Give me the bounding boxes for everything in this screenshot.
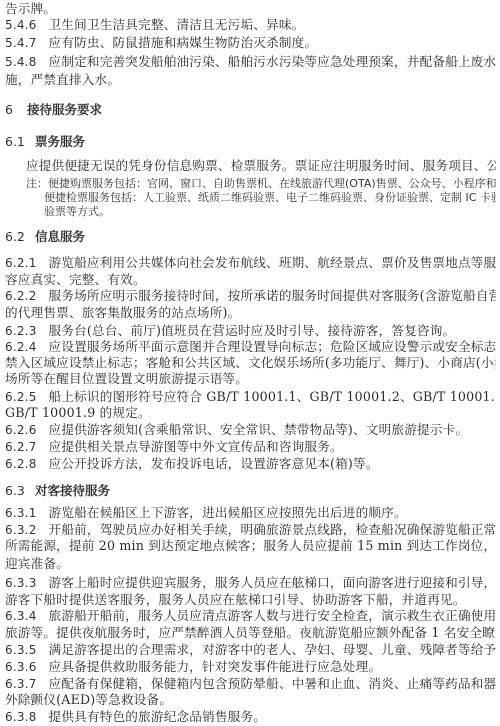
clause-6-3-3: 6.3.3游客上船时应提供迎宾服务，服务人员应在舷梯口，面向游客进行迎接和引导，…	[5, 575, 496, 591]
clause-number: 6.2.5	[5, 389, 37, 405]
clause-6-2-4: 6.2.4应设置服务场所平面示意图并合理设置导向标志；危险区域应设警示或安全标志…	[5, 339, 496, 355]
clause-6-2-3: 6.2.3服务台(总台、前厅)值班员在营运时应及时引导、接待游客，答复咨询。	[5, 323, 496, 339]
clause-text: 开船前，驾驶员应办好相关手续，明确旅游景点线路，检查船况确保游览船正常运转，补足…	[49, 522, 496, 537]
section-heading-6-2: 6.2信息服务	[5, 229, 85, 245]
note-line: 验票等方式。	[44, 205, 496, 219]
clause-6-2-5: 6.2.5船上标识的图形符号应符合 GB/T 10001.1、GB/T 1000…	[5, 389, 496, 405]
clause-text: 应公开投诉方法，发布投诉电话，设置游客意见本(箱)等。	[49, 456, 379, 471]
clause-6-3-5: 6.3.5满足游客提出的合理需求，对游客中的老人、孕妇、母婴、儿童、残障者等给予…	[5, 642, 496, 658]
clause-text: 旅游船开船前，服务人员应清点游客人数与进行安全检查，演示救生衣正确使用方法，宣传…	[49, 608, 496, 623]
line-text: 告示牌。	[5, 1, 56, 16]
note-text: 注：便捷购票服务包括：官网、窗口、自助售票机、在线旅游代理(OTA)售票、公众号…	[26, 177, 496, 190]
note-line: 便捷检票服务包括：人工验票、纸质二维码验票、电子二维码验票、身份证验票、定制 I…	[44, 191, 496, 205]
clause-text: 应配备有保健箱，保健箱内包含预防晕船、中暑和止血、消炎、止痛等药品和器材；配备有…	[49, 676, 496, 691]
text-line: 容应真实、完整、有效。	[5, 272, 496, 288]
line-text: GB/T 10001.9 的规定。	[5, 405, 151, 420]
clause-6-3-2: 6.3.2开船前，驾驶员应办好相关手续，明确旅游景点线路，检查船况确保游览船正常…	[5, 522, 496, 538]
clause-number: 6.2.3	[5, 323, 37, 339]
clause-6-2-1: 6.2.1游览船应利用公共媒体向社会发布航线、班期、航经景点、票价及售票地点等服…	[5, 255, 496, 271]
clause-6-2-7: 6.2.7应提供相关景点导游图等中外文宣传品和咨询服务。	[5, 439, 496, 455]
note-text: 验票等方式。	[44, 205, 110, 218]
line-text: 的代理售票、旅客集散服务的站点场所)。	[5, 305, 240, 320]
note-text: 便捷检票服务包括：人工验票、纸质二维码验票、电子二维码验票、身份证验票、定制 I…	[44, 191, 496, 204]
note-line: 注：便捷购票服务包括：官网、窗口、自助售票机、在线旅游代理(OTA)售票、公众号…	[26, 177, 496, 191]
line-text: 施，严禁直排入水。	[5, 72, 120, 87]
clause-5-4-6: 5.4.6卫生间卫生洁具完整、清洁且无污垢、异味。	[5, 17, 496, 33]
paragraph-text: 应提供便捷无误的凭身份信息购票、检票服务。票证应注明服务时间、服务项目、公众须知…	[26, 158, 496, 173]
section-number: 6.2	[5, 229, 35, 245]
clause-number: 6.3.4	[5, 608, 37, 624]
clause-number: 6.3.3	[5, 575, 37, 591]
line-text: 场所等在醒目位置设置文明旅游提示语等。	[5, 371, 248, 386]
clause-text: 应有防虫、防鼠措施和病媒生物防治灭杀制度。	[49, 35, 318, 50]
section-title: 票务服务	[35, 134, 85, 149]
text-line: 外除颤仪(AED)等急救设备。	[5, 692, 496, 708]
clause-number: 6.2.4	[5, 339, 37, 355]
clause-number: 6.3.1	[5, 505, 37, 521]
clause-number: 6.2.7	[5, 439, 37, 455]
section-title: 信息服务	[35, 229, 85, 244]
clause-text: 应具备提供救助服务能力，针对突发事件能进行应急处理。	[49, 659, 382, 674]
clause-text: 服务台(总台、前厅)值班员在营运时应及时引导、接待游客，答复咨询。	[49, 323, 456, 338]
clause-5-4-7: 5.4.7应有防虫、防鼠措施和病媒生物防治灭杀制度。	[5, 35, 496, 51]
clause-6-3-4: 6.3.4旅游船开船前，服务人员应清点游客人数与进行安全检查，演示救生衣正确使用…	[5, 608, 496, 624]
clause-6-2-8: 6.2.8应公开投诉方法，发布投诉电话，设置游客意见本(箱)等。	[5, 456, 496, 472]
clause-text: 提供具有特色的旅游纪念品销售服务。	[49, 709, 267, 724]
line-text: 迎宾准备。	[5, 556, 69, 571]
clause-text: 应提供相关景点导游图等中外文宣传品和咨询服务。	[49, 439, 343, 454]
section-title: 对客接待服务	[35, 483, 110, 498]
clause-number: 6.3.7	[5, 676, 37, 692]
clause-6-3-7: 6.3.7应配备有保健箱，保健箱内包含预防晕船、中暑和止血、消炎、止痛等药品和器…	[5, 676, 496, 692]
clause-text: 满足游客提出的合理需求，对游客中的老人、孕妇、母婴、儿童、残障者等给予特别帮助。	[49, 642, 496, 657]
clause-text: 卫生间卫生洁具完整、清洁且无污垢、异味。	[49, 17, 305, 32]
clause-text: 应制定和完善突发船舶油污染、船舶污水污染等应急处理预案，并配备船上废水、废油回收…	[49, 54, 496, 69]
section-heading-6-1: 6.1票务服务	[5, 134, 85, 150]
clause-number: 6.2.8	[5, 456, 37, 472]
clause-text: 服务场所应明示服务接待时间，按所承诺的服务时间提供对客服务(含游览船自营或委托其…	[49, 288, 496, 303]
clause-number: 5.4.8	[5, 54, 37, 70]
section-title: 接待服务要求	[27, 102, 102, 117]
clause-number: 5.4.7	[5, 35, 37, 51]
section-number: 6.3	[5, 483, 35, 499]
clause-6-2-6: 6.2.6应提供游客须知(含乘船常识、安全常识、禁带物品等)、文明旅游提示卡。	[5, 422, 496, 438]
clause-text: 应设置服务场所平面示意图并合理设置导向标志；危险区域应设警示或安全标志；非工作人…	[49, 339, 496, 354]
text-line: 游客下船时提供送客服务，服务人员应在舷梯口引导、协助游客下船，并道再见。	[5, 592, 496, 608]
clause-number: 6.3.2	[5, 522, 37, 538]
clause-number: 6.2.2	[5, 288, 37, 304]
clause-number: 6.3.6	[5, 659, 37, 675]
clause-5-4-8: 5.4.8应制定和完善突发船舶油污染、船舶污水污染等应急处理预案，并配备船上废水…	[5, 54, 496, 70]
clause-6-3-1: 6.3.1游览船在候船区上下游客，进出候船区应按照先出后进的顺序。	[5, 505, 496, 521]
clause-text: 应提供游客须知(含乘船常识、安全常识、禁带物品等)、文明旅游提示卡。	[49, 422, 469, 437]
section-number: 6.1	[5, 134, 35, 150]
line-text: 外除颤仪(AED)等急救设备。	[5, 692, 172, 707]
section-number: 6	[5, 102, 27, 118]
line-text: 容应真实、完整、有效。	[5, 272, 146, 287]
text-line: 场所等在醒目位置设置文明旅游提示语等。	[5, 371, 496, 387]
text-line: 旅游等。提供夜航服务时，应严禁醉酒人员等登船。夜航游览船应额外配备 1 名安全瞭…	[5, 625, 496, 641]
clause-6-3-6: 6.3.6应具备提供救助服务能力，针对突发事件能进行应急处理。	[5, 659, 496, 675]
text-line: 施，严禁直排入水。	[5, 72, 496, 88]
section-heading-6: 6接待服务要求	[5, 102, 102, 118]
section-heading-6-3: 6.3对客接待服务	[5, 483, 110, 499]
text-line: 迎宾准备。	[5, 556, 496, 572]
text-line: 的代理售票、旅客集散服务的站点场所)。	[5, 305, 496, 321]
text-line: 禁入区域应设禁止标志；客舱和公共区域、文化娱乐场所(多功能厅、舞厅)、小商店(小…	[5, 355, 496, 371]
clause-number: 5.4.6	[5, 17, 37, 33]
line-text: 所需能源，提前 20 min 到达预定地点候客；服务人员应提前 15 min 到…	[5, 538, 496, 553]
clause-number: 6.2.1	[5, 255, 37, 271]
clause-6-2-2: 6.2.2服务场所应明示服务接待时间，按所承诺的服务时间提供对客服务(含游览船自…	[5, 288, 496, 304]
clause-text: 游览船在候船区上下游客，进出候船区应按照先出后进的顺序。	[49, 505, 407, 520]
paragraph: 应提供便捷无误的凭身份信息购票、检票服务。票证应注明服务时间、服务项目、公众须知…	[26, 158, 496, 174]
clause-6-3-8: 6.3.8提供具有特色的旅游纪念品销售服务。	[5, 709, 496, 725]
line-text: 旅游等。提供夜航服务时，应严禁醉酒人员等登船。夜航游览船应额外配备 1 名安全瞭…	[5, 625, 496, 640]
clause-number: 6.3.5	[5, 642, 37, 658]
clause-text: 游客上船时应提供迎宾服务，服务人员应在舷梯口，面向游客进行迎接和引导，并作安全提…	[49, 575, 496, 590]
text-line: GB/T 10001.9 的规定。	[5, 405, 496, 421]
text-line: 告示牌。	[5, 1, 496, 17]
clause-text: 游览船应利用公共媒体向社会发布航线、班期、航经景点、票价及售票地点等服务信息，信…	[49, 255, 496, 270]
line-text: 游客下船时提供送客服务，服务人员应在舷梯口引导、协助游客下船，并道再见。	[5, 592, 466, 607]
clause-text: 船上标识的图形符号应符合 GB/T 10001.1、GB/T 10001.2、G…	[49, 389, 496, 404]
line-text: 禁入区域应设禁止标志；客舱和公共区域、文化娱乐场所(多功能厅、舞厅)、小商店(小…	[5, 355, 496, 370]
text-line: 所需能源，提前 20 min 到达预定地点候客；服务人员应提前 15 min 到…	[5, 538, 496, 554]
clause-number: 6.3.8	[5, 709, 37, 725]
clause-number: 6.2.6	[5, 422, 37, 438]
